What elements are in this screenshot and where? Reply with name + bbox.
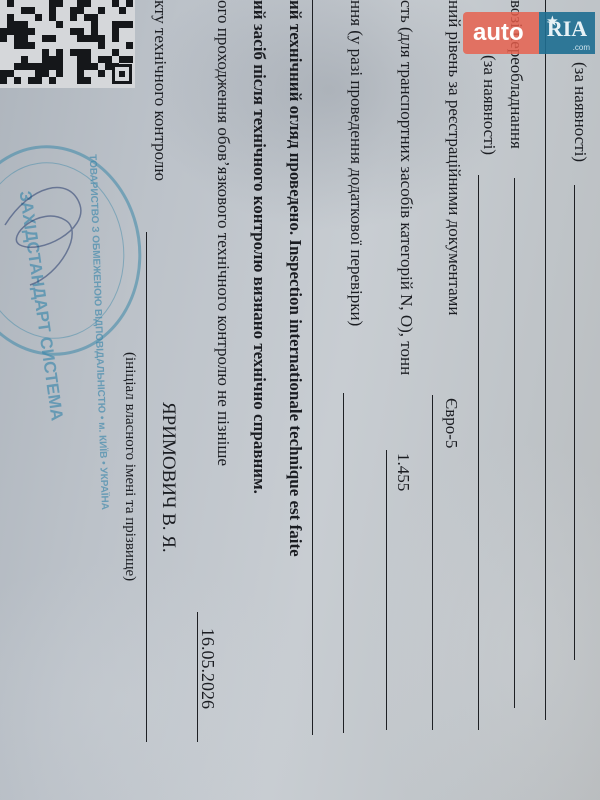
field-line-capacity	[386, 450, 387, 730]
official-stamp: ТОВАРИСТВО З ОБМЕЖЕНОЮ ВІДПОВІДАЛЬНІСТЮ …	[0, 133, 155, 367]
field-line-next-inspection	[197, 612, 198, 742]
field-line-conversion	[514, 178, 515, 708]
field-line-right-edge	[545, 0, 546, 720]
field-line-eco-level	[432, 395, 433, 730]
inspector-label: кту технічного контролю	[152, 0, 169, 181]
next-inspection-label: ого проходження обов’язкового технічного…	[215, 0, 232, 466]
vehicle-fit-text: ий засіб після технічного контролю визна…	[251, 0, 268, 494]
watermark-dotcom: .com	[573, 43, 590, 53]
stamp-inner-ring	[0, 153, 136, 349]
inspector-caption: (ініціал власного імені та прізвище)	[122, 352, 137, 581]
eco-level-label: ний рівень за реєстраційними документами	[446, 0, 463, 316]
field-line-availability-2	[478, 175, 479, 730]
capacity-value: 1.455	[393, 453, 413, 491]
next-inspection-date: 16.05.2026	[197, 628, 218, 709]
field-line-inspector	[146, 232, 147, 742]
field-line-availability-1	[574, 185, 575, 660]
additional-check-label: ння (у разі проведення додаткової переві…	[348, 0, 365, 326]
star-icon: ★	[547, 15, 558, 27]
availability-label-2: (за наявності)	[481, 55, 498, 155]
autoria-watermark: auto ★ RIA .com	[463, 12, 595, 54]
availability-label-1: (за наявності)	[572, 62, 589, 162]
inspector-name: ЯРИМОВИЧ В. Я.	[157, 402, 179, 553]
eco-level-value: Євро-5	[441, 398, 461, 448]
qr-code	[0, 0, 135, 88]
capacity-label: сть (для транспортних засобів категорій …	[398, 0, 415, 375]
watermark-auto: auto	[463, 12, 539, 54]
watermark-ria: ★ RIA .com	[539, 12, 595, 54]
field-line-additional-check	[343, 393, 344, 733]
section-separator	[312, 0, 313, 735]
inspection-done-text: ий технічний огляд проведено. Inspection…	[287, 0, 304, 557]
